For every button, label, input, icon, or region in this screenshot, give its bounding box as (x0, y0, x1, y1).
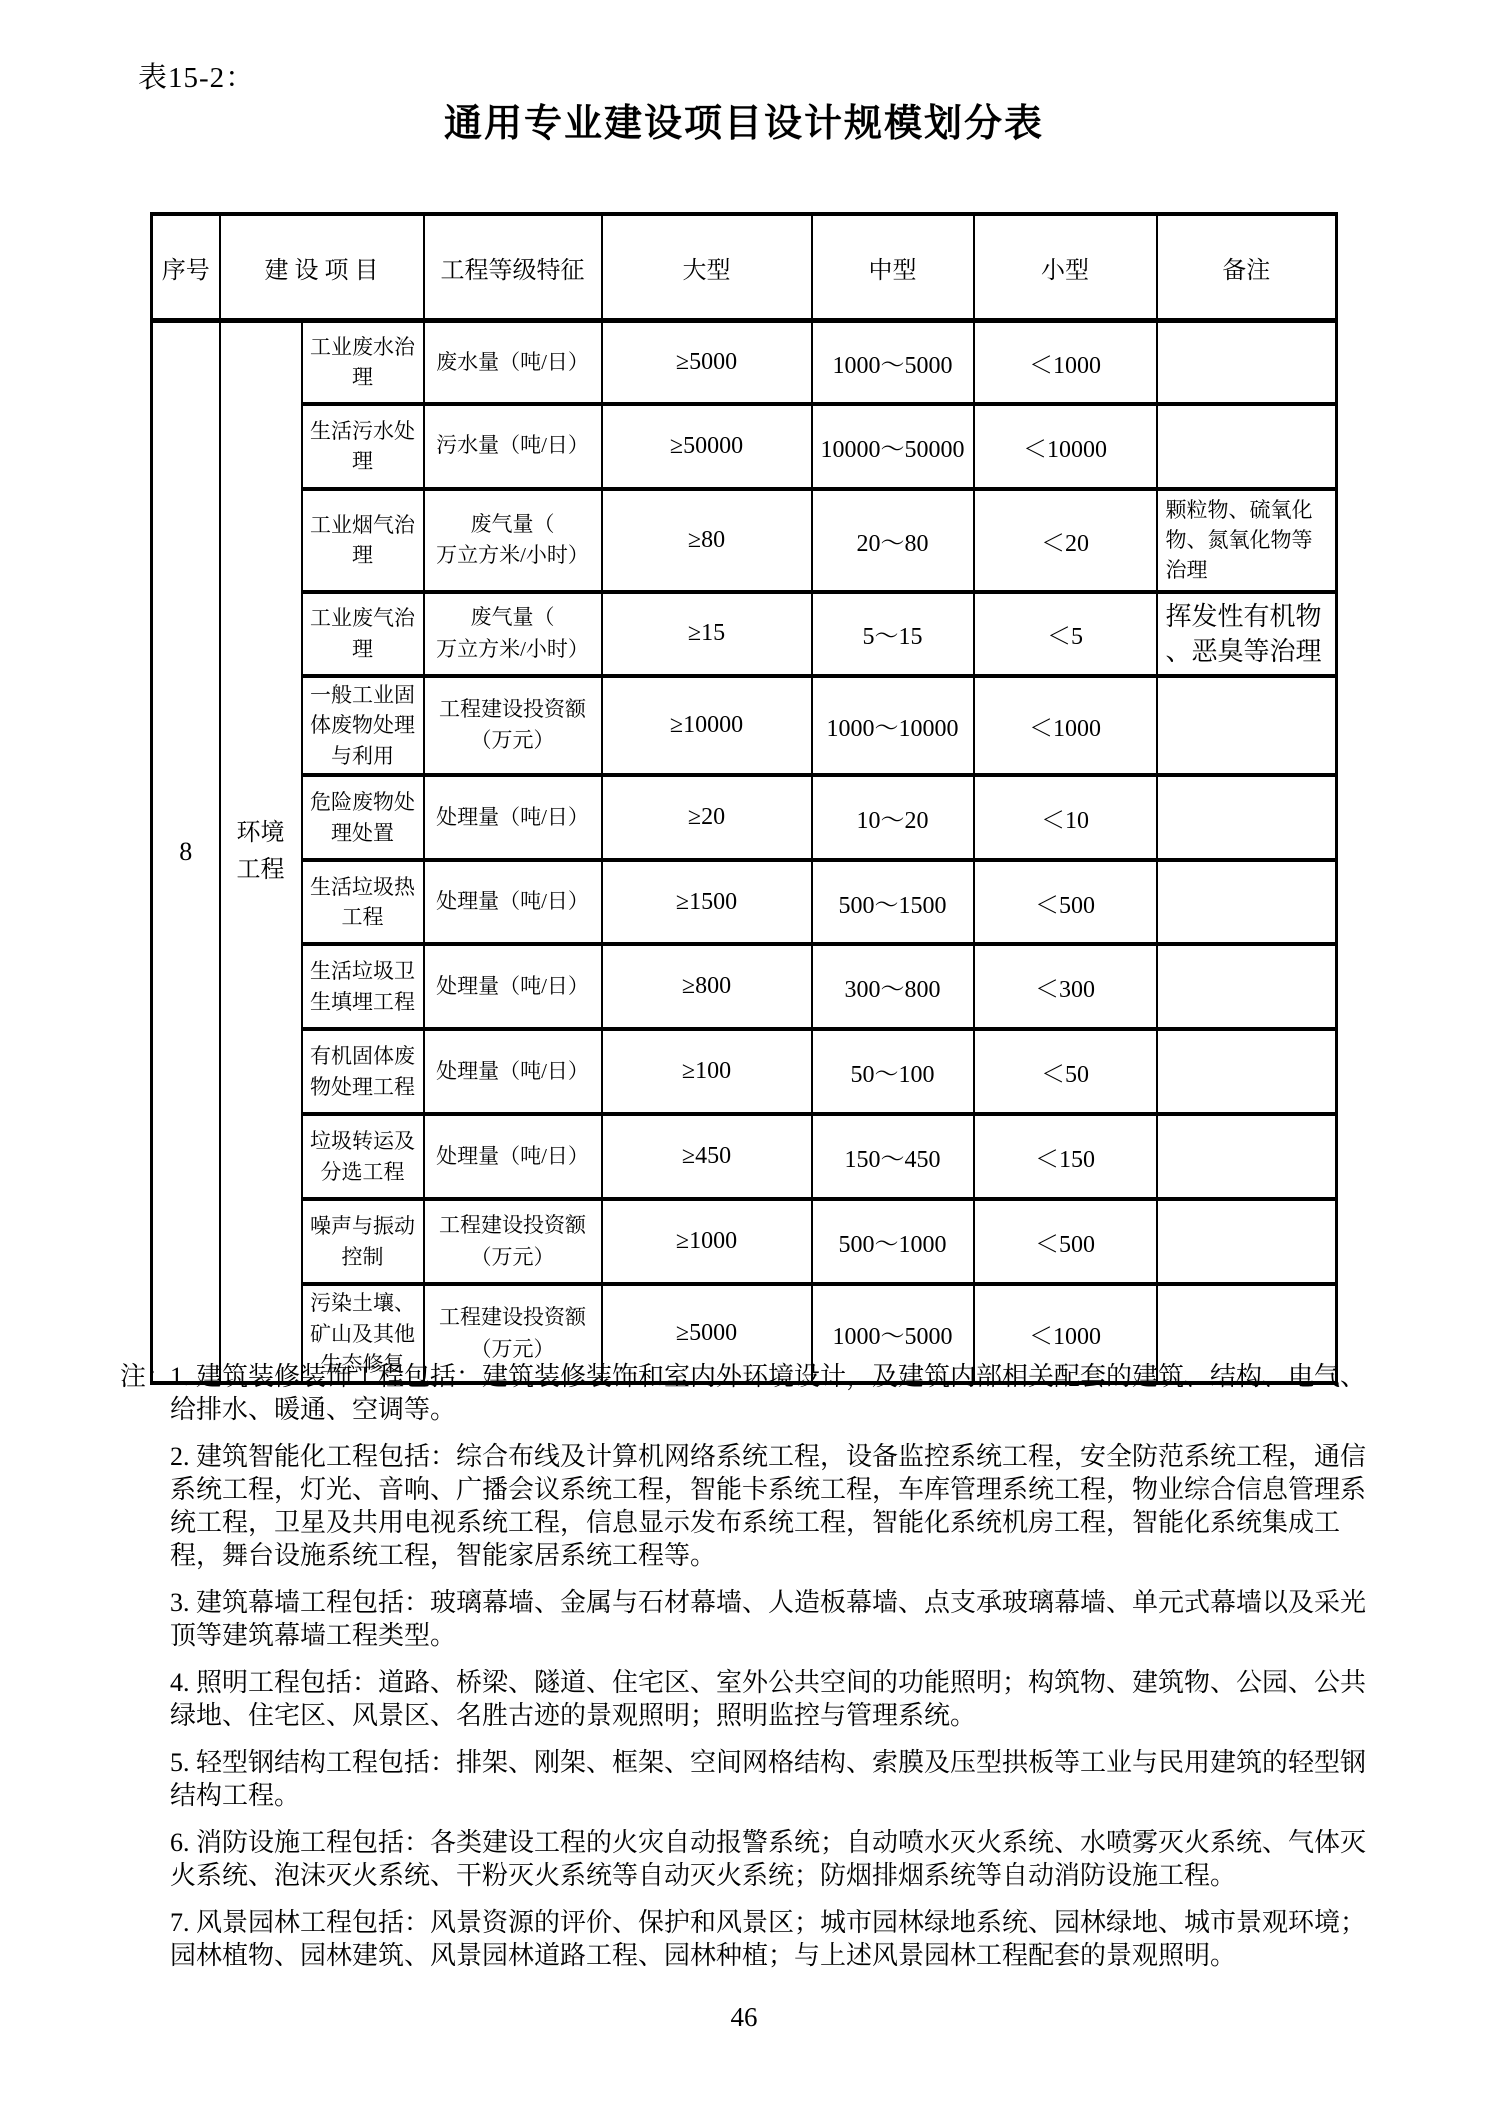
header-medium: 中型 (812, 214, 974, 321)
cell-item: 有机固体废物处理工程 (302, 1029, 424, 1114)
cell-feature: 污水量（吨/日） (424, 404, 602, 489)
cell-item: 生活垃圾卫生填埋工程 (302, 944, 424, 1029)
notes-label: 注： (120, 1360, 170, 1393)
cell-small: ＜500 (974, 1199, 1157, 1284)
cell-remark: 挥发性有机物、恶臭等治理 (1157, 592, 1337, 676)
cell-remark (1157, 1199, 1337, 1284)
cell-remark (1157, 321, 1337, 404)
cell-item: 工业废气治理 (302, 592, 424, 676)
cell-remark (1157, 404, 1337, 489)
cell-small: ＜10000 (974, 404, 1157, 489)
scale-table: 序号 建 设 项 目 工程等级特征 大型 中型 小型 备注 8环境工程工业废水治… (150, 212, 1338, 1385)
table-row: 有机固体废物处理工程 处理量（吨/日） ≥100 50～100 ＜50 (152, 1029, 1337, 1114)
cell-large: ≥1500 (602, 860, 812, 944)
cell-large: ≥1000 (602, 1199, 812, 1284)
header-seq: 序号 (152, 214, 220, 321)
cell-item: 危险废物处理处置 (302, 775, 424, 860)
cell-remark (1157, 1114, 1337, 1199)
cell-medium: 10～20 (812, 775, 974, 860)
cell-small: ＜1000 (974, 321, 1157, 404)
cell-small: ＜10 (974, 775, 1157, 860)
cell-remark (1157, 860, 1337, 944)
table-row: 生活污水处理 污水量（吨/日） ≥50000 10000～50000 ＜1000… (152, 404, 1337, 489)
document-page: { "page": { "table_label": "表15-2：", "ti… (0, 0, 1488, 2104)
cell-small: ＜5 (974, 592, 1157, 676)
cell-medium: 20～80 (812, 489, 974, 592)
header-small: 小型 (974, 214, 1157, 321)
header-project: 建 设 项 目 (220, 214, 424, 321)
note-item-6: 6. 消防设施工程包括：各类建设工程的火灾自动报警系统；自动喷水灭火系统、水喷雾… (170, 1826, 1382, 1892)
table-row: 8环境工程工业废水治理 废水量（吨/日） ≥5000 1000～5000 ＜10… (152, 321, 1337, 404)
cell-large: ≥450 (602, 1114, 812, 1199)
cell-remark (1157, 676, 1337, 775)
table-row: 垃圾转运及分选工程 处理量（吨/日） ≥450 150～450 ＜150 (152, 1114, 1337, 1199)
table-row: 工业废气治理 废气量（ 万立方米/小时） ≥15 5～15 ＜5 挥发性有机物、… (152, 592, 1337, 676)
cell-medium: 150～450 (812, 1114, 974, 1199)
cell-feature: 工程建设投资额 （万元） (424, 676, 602, 775)
cell-remark (1157, 1029, 1337, 1114)
cell-large: ≥5000 (602, 321, 812, 404)
cell-small: ＜300 (974, 944, 1157, 1029)
category-text: 环境工程 (237, 815, 285, 889)
cell-item: 噪声与振动控制 (302, 1199, 424, 1284)
note-item-1: 1. 建筑装修装饰工程包括：建筑装修装饰和室内外环境设计，及建筑内部相关配套的建… (170, 1360, 1382, 1426)
cell-large: ≥100 (602, 1029, 812, 1114)
note-item-3: 3. 建筑幕墙工程包括：玻璃幕墙、金属与石材幕墙、人造板幕墙、点支承玻璃幕墙、单… (170, 1586, 1382, 1652)
cell-seq: 8 (152, 321, 220, 1384)
cell-item: 垃圾转运及分选工程 (302, 1114, 424, 1199)
cell-item: 工业烟气治理 (302, 489, 424, 592)
cell-small: ＜20 (974, 489, 1157, 592)
cell-small: ＜150 (974, 1114, 1157, 1199)
cell-medium: 1000～10000 (812, 676, 974, 775)
cell-item: 生活垃圾热工程 (302, 860, 424, 944)
cell-feature: 处理量（吨/日） (424, 944, 602, 1029)
table-row: 工业烟气治理 废气量（ 万立方米/小时） ≥80 20～80 ＜20 颗粒物、硫… (152, 489, 1337, 592)
cell-remark (1157, 775, 1337, 860)
notes-section: 注： 1. 建筑装修装饰工程包括：建筑装修装饰和室内外环境设计，及建筑内部相关配… (120, 1360, 1382, 1986)
cell-small: ＜1000 (974, 676, 1157, 775)
cell-feature: 废水量（吨/日） (424, 321, 602, 404)
cell-medium: 300～800 (812, 944, 974, 1029)
note-item-7: 7. 风景园林工程包括：风景资源的评价、保护和风景区；城市园林绿地系统、园林绿地… (170, 1906, 1382, 1972)
cell-remark (1157, 944, 1337, 1029)
note-item-5: 5. 轻型钢结构工程包括：排架、刚架、框架、空间网格结构、索膜及压型拱板等工业与… (170, 1746, 1382, 1812)
cell-feature: 处理量（吨/日） (424, 1114, 602, 1199)
cell-item: 生活污水处理 (302, 404, 424, 489)
table-row: 一般工业固体废物处理与利用 工程建设投资额 （万元） ≥10000 1000～1… (152, 676, 1337, 775)
cell-medium: 5～15 (812, 592, 974, 676)
cell-small: ＜50 (974, 1029, 1157, 1114)
table-number-label: 表15-2： (138, 55, 255, 96)
cell-large: ≥20 (602, 775, 812, 860)
header-large: 大型 (602, 214, 812, 321)
cell-feature: 废气量（ 万立方米/小时） (424, 592, 602, 676)
header-row: 序号 建 设 项 目 工程等级特征 大型 中型 小型 备注 (152, 214, 1337, 321)
cell-feature: 处理量（吨/日） (424, 1029, 602, 1114)
table-row: 危险废物处理处置 处理量（吨/日） ≥20 10～20 ＜10 (152, 775, 1337, 860)
cell-medium: 500～1000 (812, 1199, 974, 1284)
cell-medium: 500～1500 (812, 860, 974, 944)
cell-item: 一般工业固体废物处理与利用 (302, 676, 424, 775)
cell-medium: 50～100 (812, 1029, 974, 1114)
notes-body: 1. 建筑装修装饰工程包括：建筑装修装饰和室内外环境设计，及建筑内部相关配套的建… (170, 1360, 1382, 1986)
cell-remark: 颗粒物、硫氧化物、氮氧化物等治理 (1157, 489, 1337, 592)
cell-large: ≥10000 (602, 676, 812, 775)
cell-medium: 10000～50000 (812, 404, 974, 489)
table-body: 8环境工程工业废水治理 废水量（吨/日） ≥5000 1000～5000 ＜10… (152, 321, 1337, 1384)
scale-table-container: 序号 建 设 项 目 工程等级特征 大型 中型 小型 备注 8环境工程工业废水治… (150, 212, 1338, 1385)
table-header: 序号 建 设 项 目 工程等级特征 大型 中型 小型 备注 (152, 214, 1337, 321)
cell-feature: 处理量（吨/日） (424, 775, 602, 860)
header-feature: 工程等级特征 (424, 214, 602, 321)
page-number: 46 (0, 2002, 1488, 2033)
page-title: 通用专业建设项目设计规模划分表 (0, 92, 1488, 147)
cell-large: ≥800 (602, 944, 812, 1029)
table-row: 噪声与振动控制 工程建设投资额 （万元） ≥1000 500～1000 ＜500 (152, 1199, 1337, 1284)
cell-large: ≥15 (602, 592, 812, 676)
cell-item: 工业废水治理 (302, 321, 424, 404)
cell-category: 环境工程 (220, 321, 302, 1384)
cell-feature: 处理量（吨/日） (424, 860, 602, 944)
cell-large: ≥80 (602, 489, 812, 592)
cell-medium: 1000～5000 (812, 321, 974, 404)
table-row: 生活垃圾热工程 处理量（吨/日） ≥1500 500～1500 ＜500 (152, 860, 1337, 944)
note-item-4: 4. 照明工程包括：道路、桥梁、隧道、住宅区、室外公共空间的功能照明；构筑物、建… (170, 1666, 1382, 1732)
cell-feature: 工程建设投资额 （万元） (424, 1199, 602, 1284)
cell-small: ＜500 (974, 860, 1157, 944)
header-remark: 备注 (1157, 214, 1337, 321)
cell-large: ≥50000 (602, 404, 812, 489)
note-item-2: 2. 建筑智能化工程包括：综合布线及计算机网络系统工程，设备监控系统工程，安全防… (170, 1440, 1382, 1572)
cell-feature: 废气量（ 万立方米/小时） (424, 489, 602, 592)
table-row: 生活垃圾卫生填埋工程 处理量（吨/日） ≥800 300～800 ＜300 (152, 944, 1337, 1029)
